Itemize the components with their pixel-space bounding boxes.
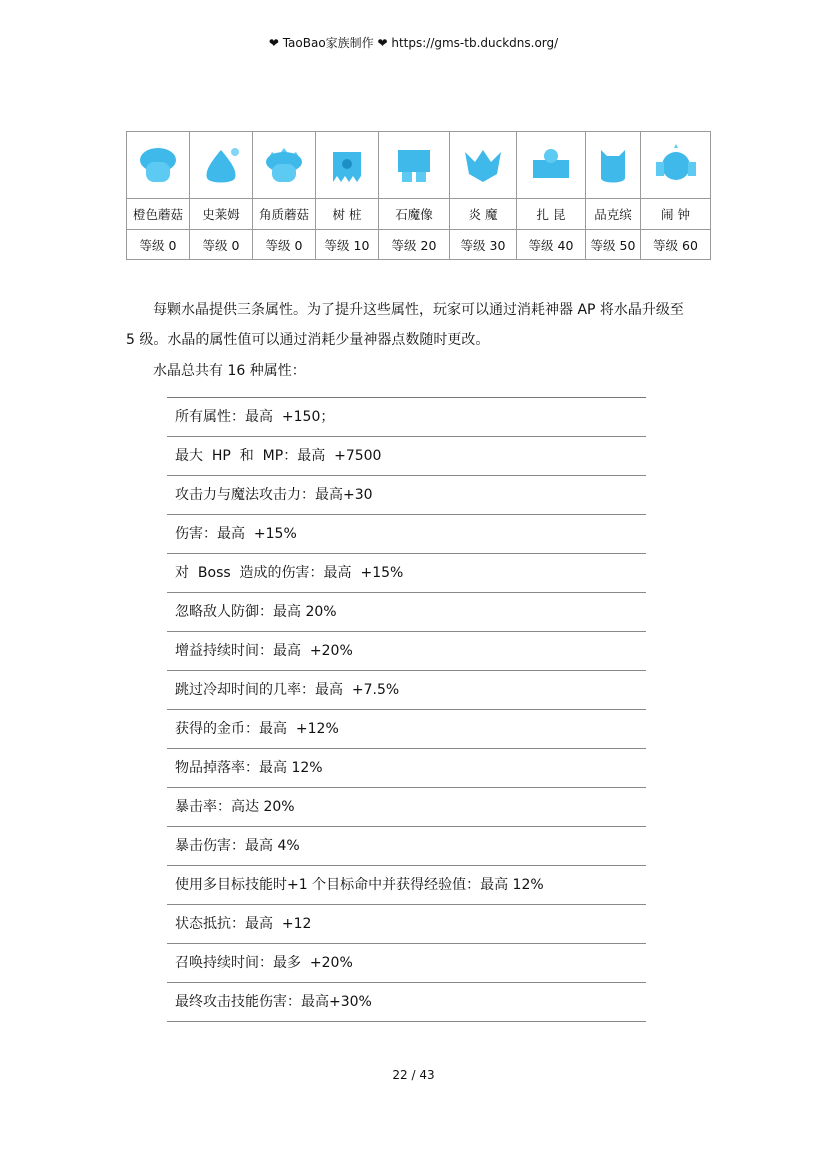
attribute-item: 对 Boss 造成的伤害：最高 +15% <box>167 554 646 593</box>
slime-icon <box>190 144 252 186</box>
crystal-monster-table: 橙色蘑菇史莱姆角质蘑菇树 桩石魔像炎 魔扎 昆品克缤闹 钟 等级 0等级 0等级… <box>126 131 711 260</box>
attribute-item: 最终攻击技能伤害：最高+30% <box>167 983 646 1022</box>
monster-level: 等级 0 <box>190 230 253 260</box>
attribute-item: 状态抵抗：最高 +12 <box>167 905 646 944</box>
mushroom-icon <box>127 144 189 186</box>
monster-name: 史莱姆 <box>190 199 253 230</box>
attribute-list: 所有属性：最高 +150；最大 HP 和 MP：最高 +7500攻击力与魔法攻击… <box>167 397 646 1022</box>
papulatus-icon <box>641 144 710 186</box>
monster-icon-cell <box>253 132 316 199</box>
intro-line-2: 5 级。水晶的属性值可以通过消耗少量神器点数随时更改。 <box>126 330 706 350</box>
monster-level: 等级 50 <box>586 230 641 260</box>
page-header: ❤ TaoBao家族制作 ❤ https://gms-tb.duckdns.or… <box>0 34 827 51</box>
attribute-item: 增益持续时间：最高 +20% <box>167 632 646 671</box>
attribute-item: 跳过冷却时间的几率：最高 +7.5% <box>167 671 646 710</box>
monster-icon-cell <box>517 132 586 199</box>
stump-icon <box>316 144 378 186</box>
monster-level: 等级 40 <box>517 230 586 260</box>
monster-icon-cell <box>190 132 253 199</box>
pinkbean-icon <box>586 144 640 186</box>
monster-name: 扎 昆 <box>517 199 586 230</box>
monster-icon-cell <box>450 132 517 199</box>
attribute-item: 物品掉落率：最高 12% <box>167 749 646 788</box>
monster-name: 品克缤 <box>586 199 641 230</box>
monster-name: 闹 钟 <box>641 199 711 230</box>
attribute-item: 召唤持续时间：最多 +20% <box>167 944 646 983</box>
monster-level: 等级 0 <box>127 230 190 260</box>
attribute-count-text: 水晶总共有 16 种属性： <box>153 361 733 381</box>
attribute-item: 获得的金币：最高 +12% <box>167 710 646 749</box>
attribute-item: 伤害：最高 +15% <box>167 515 646 554</box>
attribute-item: 所有属性：最高 +150； <box>167 398 646 437</box>
monster-level: 等级 20 <box>379 230 450 260</box>
zakum-icon <box>517 144 585 186</box>
monster-icon-cell <box>586 132 641 199</box>
monster-icon-cell <box>127 132 190 199</box>
attribute-item: 暴击率：高达 20% <box>167 788 646 827</box>
monster-name: 石魔像 <box>379 199 450 230</box>
intro-paragraph: 每颗水晶提供三条属性。为了提升这些属性，玩家可以通过消耗神器 AP 将水晶升级至… <box>126 300 706 350</box>
monster-name: 角质蘑菇 <box>253 199 316 230</box>
monster-level: 等级 0 <box>253 230 316 260</box>
page-number: 22 / 43 <box>0 1068 827 1082</box>
attribute-item: 忽略敌人防御：最高 20% <box>167 593 646 632</box>
monster-level: 等级 60 <box>641 230 711 260</box>
attribute-item: 暴击伤害：最高 4% <box>167 827 646 866</box>
intro-line-1: 每颗水晶提供三条属性。为了提升这些属性，玩家可以通过消耗神器 AP 将水晶升级至 <box>153 302 684 318</box>
monster-icon-cell <box>379 132 450 199</box>
monster-level: 等级 10 <box>316 230 379 260</box>
monster-name: 树 桩 <box>316 199 379 230</box>
balrog-icon <box>450 144 516 186</box>
attribute-item: 最大 HP 和 MP：最高 +7500 <box>167 437 646 476</box>
monster-level: 等级 30 <box>450 230 517 260</box>
golem-icon <box>379 144 449 186</box>
monster-name: 炎 魔 <box>450 199 517 230</box>
monster-name: 橙色蘑菇 <box>127 199 190 230</box>
monster-icon-cell <box>316 132 379 199</box>
attribute-item: 使用多目标技能时+1 个目标命中并获得经验值：最高 12% <box>167 866 646 905</box>
attribute-item: 攻击力与魔法攻击力：最高+30 <box>167 476 646 515</box>
monster-icon-cell <box>641 132 711 199</box>
horned-mushroom-icon <box>253 144 315 186</box>
